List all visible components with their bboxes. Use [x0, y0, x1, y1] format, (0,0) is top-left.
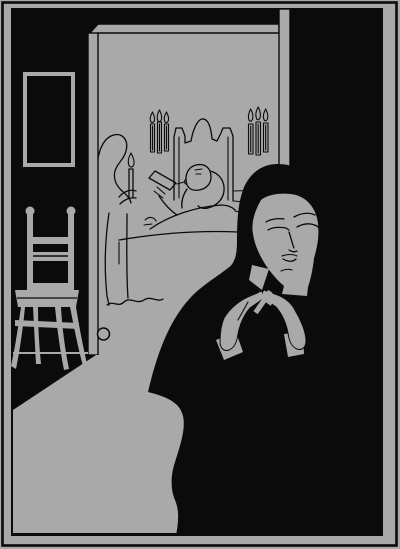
chair-slat — [33, 237, 68, 244]
door-edge-right — [279, 9, 290, 175]
door-edge-left — [88, 33, 98, 355]
door-lintel — [88, 24, 279, 35]
doorknob — [98, 328, 110, 340]
beardsley-illustration — [0, 0, 400, 549]
illustration-page — [0, 0, 400, 549]
